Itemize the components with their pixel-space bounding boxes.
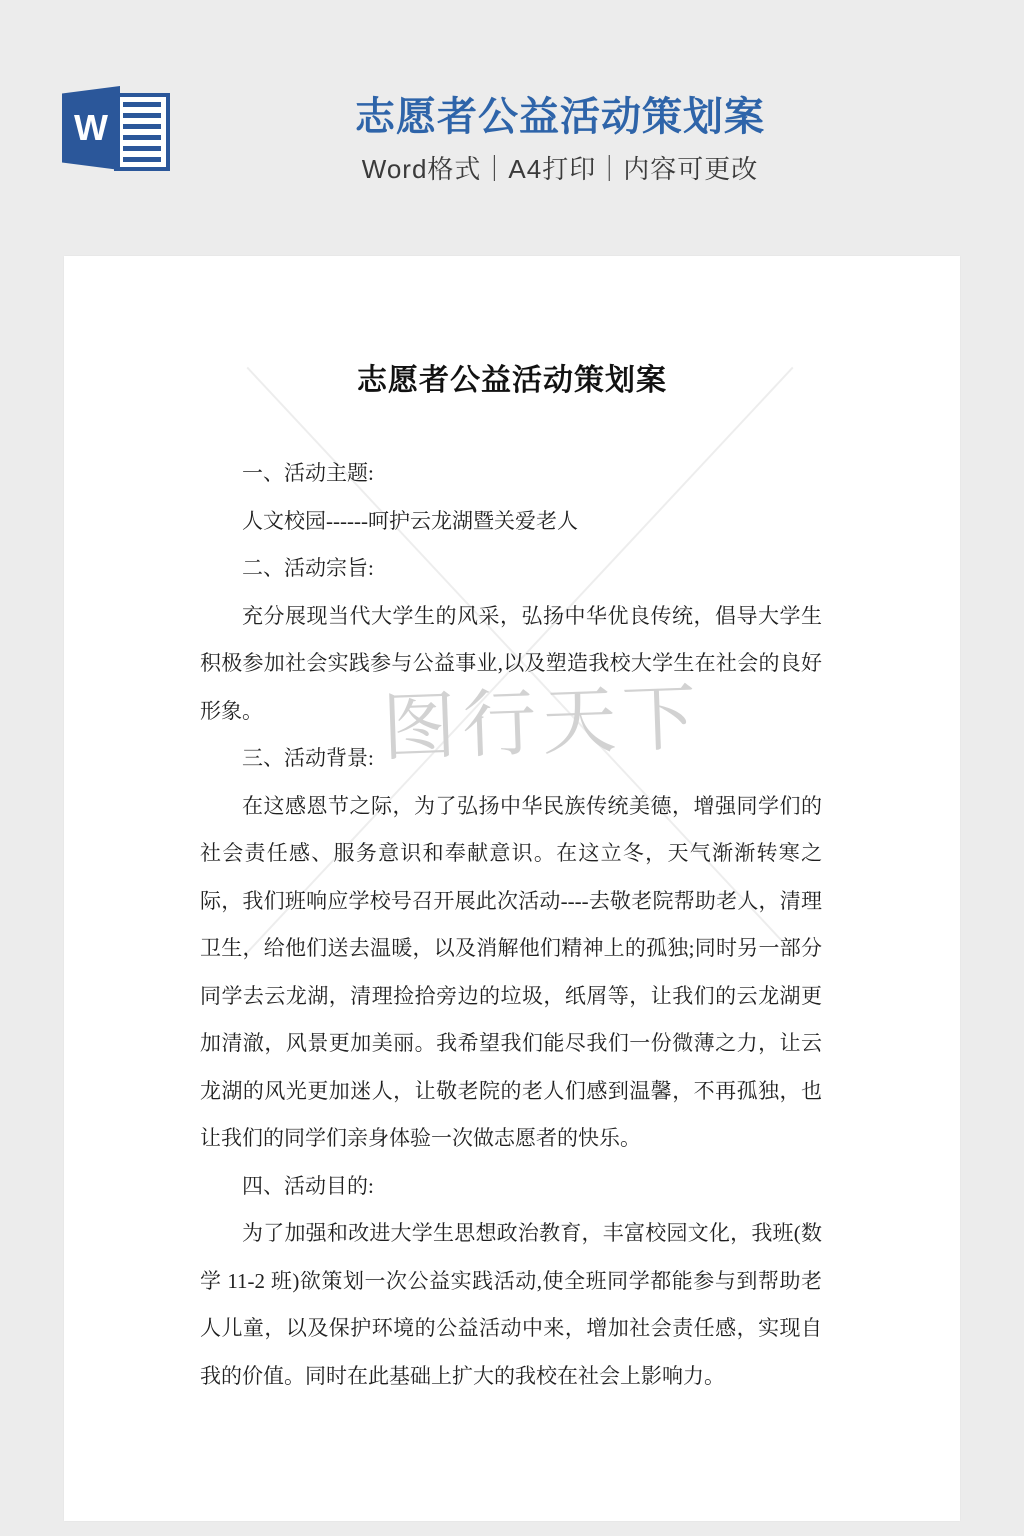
document-page: 图行天下 志愿者公益活动策划案 一、活动主题: 人文校园------呵护云龙湖暨… xyxy=(64,256,960,1521)
section-paragraph: 充分展现当代大学生的风采，弘扬中华优良传统，倡导大学生积极参加社会实践参与公益事… xyxy=(200,593,822,736)
word-icon: W xyxy=(62,86,166,170)
word-icon-document xyxy=(114,93,170,171)
page-title: 志愿者公益活动策划案 xyxy=(170,94,950,140)
section-heading: 三、活动背景: xyxy=(200,735,822,783)
word-icon-letter: W xyxy=(62,86,120,170)
header: W 志愿者公益活动策划案 Word格式｜A4打印｜内容可更改 xyxy=(0,0,1024,256)
document-title: 志愿者公益活动策划案 xyxy=(64,256,960,402)
document-body: 一、活动主题: 人文校园------呵护云龙湖暨关爱老人 二、活动宗旨: 充分展… xyxy=(200,450,822,1400)
section-heading: 四、活动目的: xyxy=(200,1163,822,1211)
page-subtitle: Word格式｜A4打印｜内容可更改 xyxy=(170,154,950,184)
section-paragraph: 为了加强和改进大学生思想政治教育，丰富校园文化，我班(数学 11-2 班)欲策划… xyxy=(200,1210,822,1400)
section-paragraph: 在这感恩节之际，为了弘扬中华民族传统美德，增强同学们的社会责任感、服务意识和奉献… xyxy=(200,783,822,1163)
header-text-block: 志愿者公益活动策划案 Word格式｜A4打印｜内容可更改 xyxy=(170,94,950,184)
section-paragraph: 人文校园------呵护云龙湖暨关爱老人 xyxy=(200,498,822,546)
section-heading: 一、活动主题: xyxy=(200,450,822,498)
section-heading: 二、活动宗旨: xyxy=(200,545,822,593)
